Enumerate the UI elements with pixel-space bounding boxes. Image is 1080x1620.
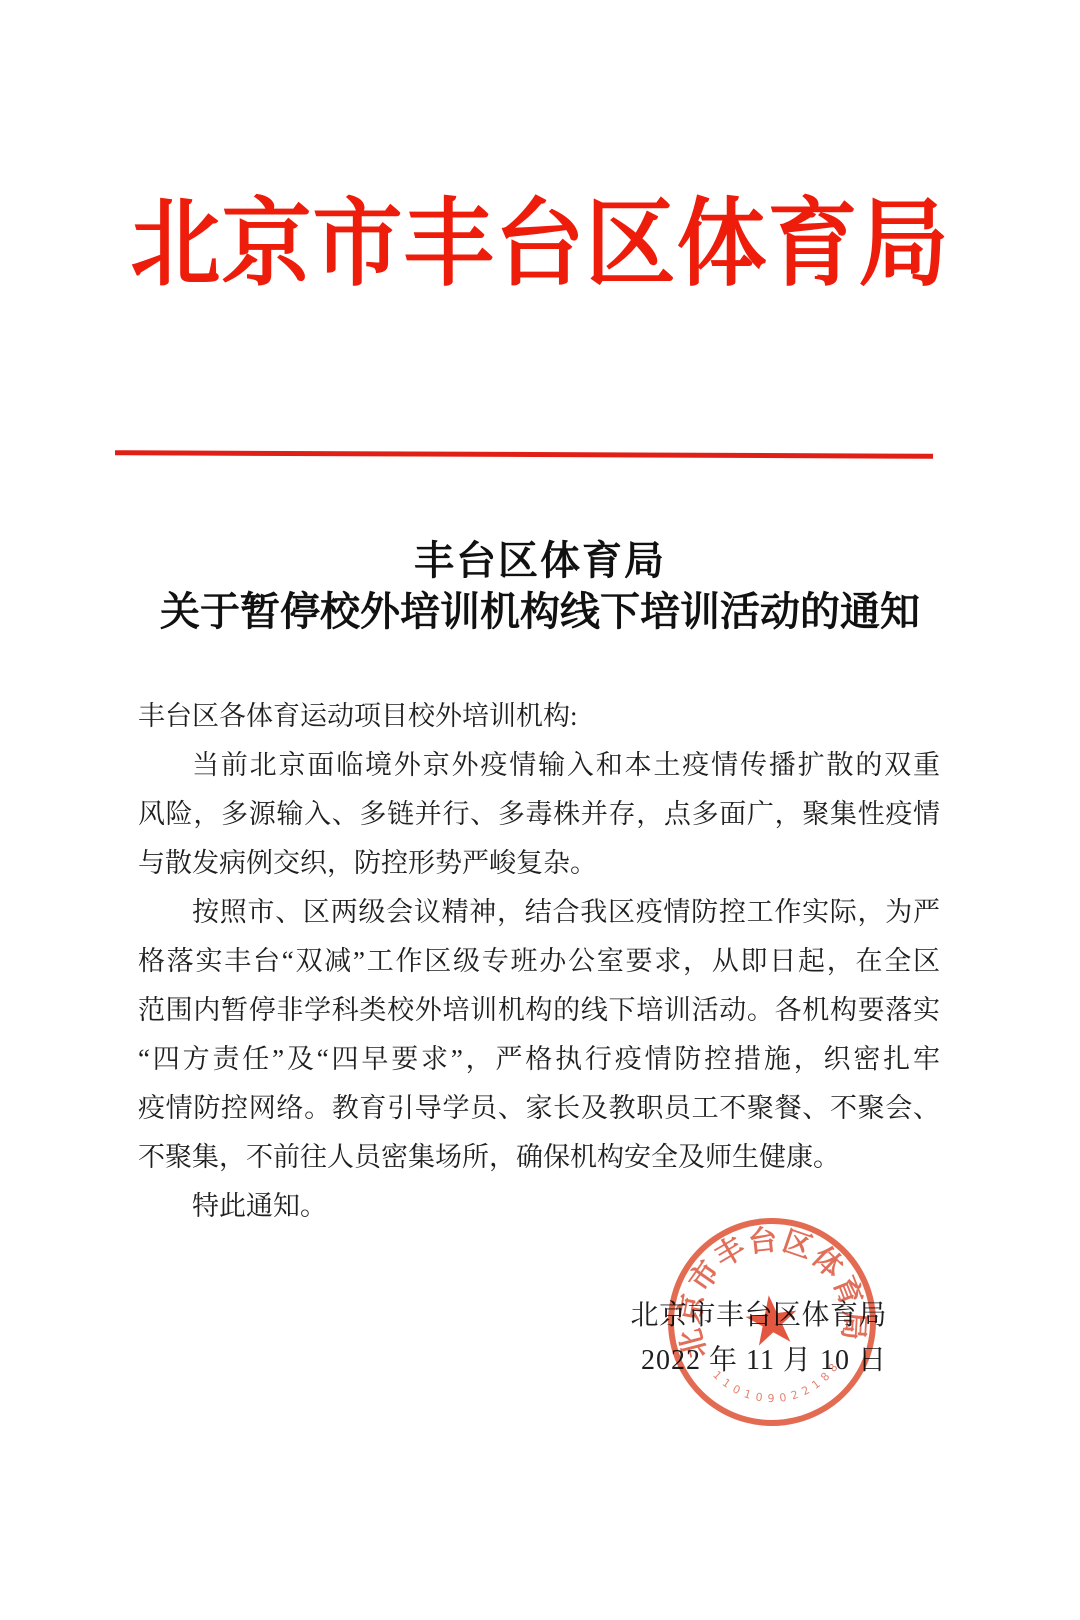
body-line: 疫情防控网络。教育引导学员、家长及教职员工不聚餐、不聚会、 <box>138 1084 940 1133</box>
document-body: 丰台区各体育运动项目校外培训机构: 当前北京面临境外京外疫情输入和本土疫情传播扩… <box>138 692 940 1231</box>
red-divider-rule <box>115 450 933 459</box>
body-line: 范围内暂停非学科类校外培训机构的线下培训活动。各机构要落实 <box>138 986 940 1035</box>
title-issuer-line: 丰台区体育局 <box>70 535 1010 586</box>
title-subject-line: 关于暂停校外培训机构线下培训活动的通知 <box>70 586 1010 637</box>
body-line: “四方责任”及“四早要求”，严格执行疫情防控措施，织密扎牢 <box>138 1035 940 1084</box>
body-line: 与散发病例交织，防控形势严峻复杂。 <box>138 839 940 888</box>
signature-agency-name: 北京市丰台区体育局 <box>630 1293 887 1338</box>
body-line: 风险，多源输入、多链并行、多毒株并存，点多面广，聚集性疫情 <box>138 790 940 839</box>
body-line: 当前北京面临境外京外疫情输入和本土疫情传播扩散的双重 <box>138 741 940 790</box>
signature-block: 北京市丰台区体育局 2022 年 11 月 10 日 <box>630 1293 887 1383</box>
signature-date: 2022 年 11 月 10 日 <box>630 1338 887 1383</box>
letterhead-agency-name: 北京市丰台区体育局 <box>0 181 1080 310</box>
body-line-salutation: 丰台区各体育运动项目校外培训机构: <box>138 692 940 741</box>
document-page: 北京市丰台区体育局 丰台区体育局 关于暂停校外培训机构线下培训活动的通知 丰台区… <box>0 0 1080 1620</box>
body-line: 按照市、区两级会议精神，结合我区疫情防控工作实际，为严 <box>138 888 940 937</box>
body-line: 不聚集，不前往人员密集场所，确保机构安全及师生健康。 <box>138 1133 940 1182</box>
document-title: 丰台区体育局 关于暂停校外培训机构线下培训活动的通知 <box>70 535 1010 637</box>
body-line: 格落实丰台“双减”工作区级专班办公室要求，从即日起，在全区 <box>138 937 940 986</box>
body-line-closing: 特此通知。 <box>138 1182 940 1231</box>
